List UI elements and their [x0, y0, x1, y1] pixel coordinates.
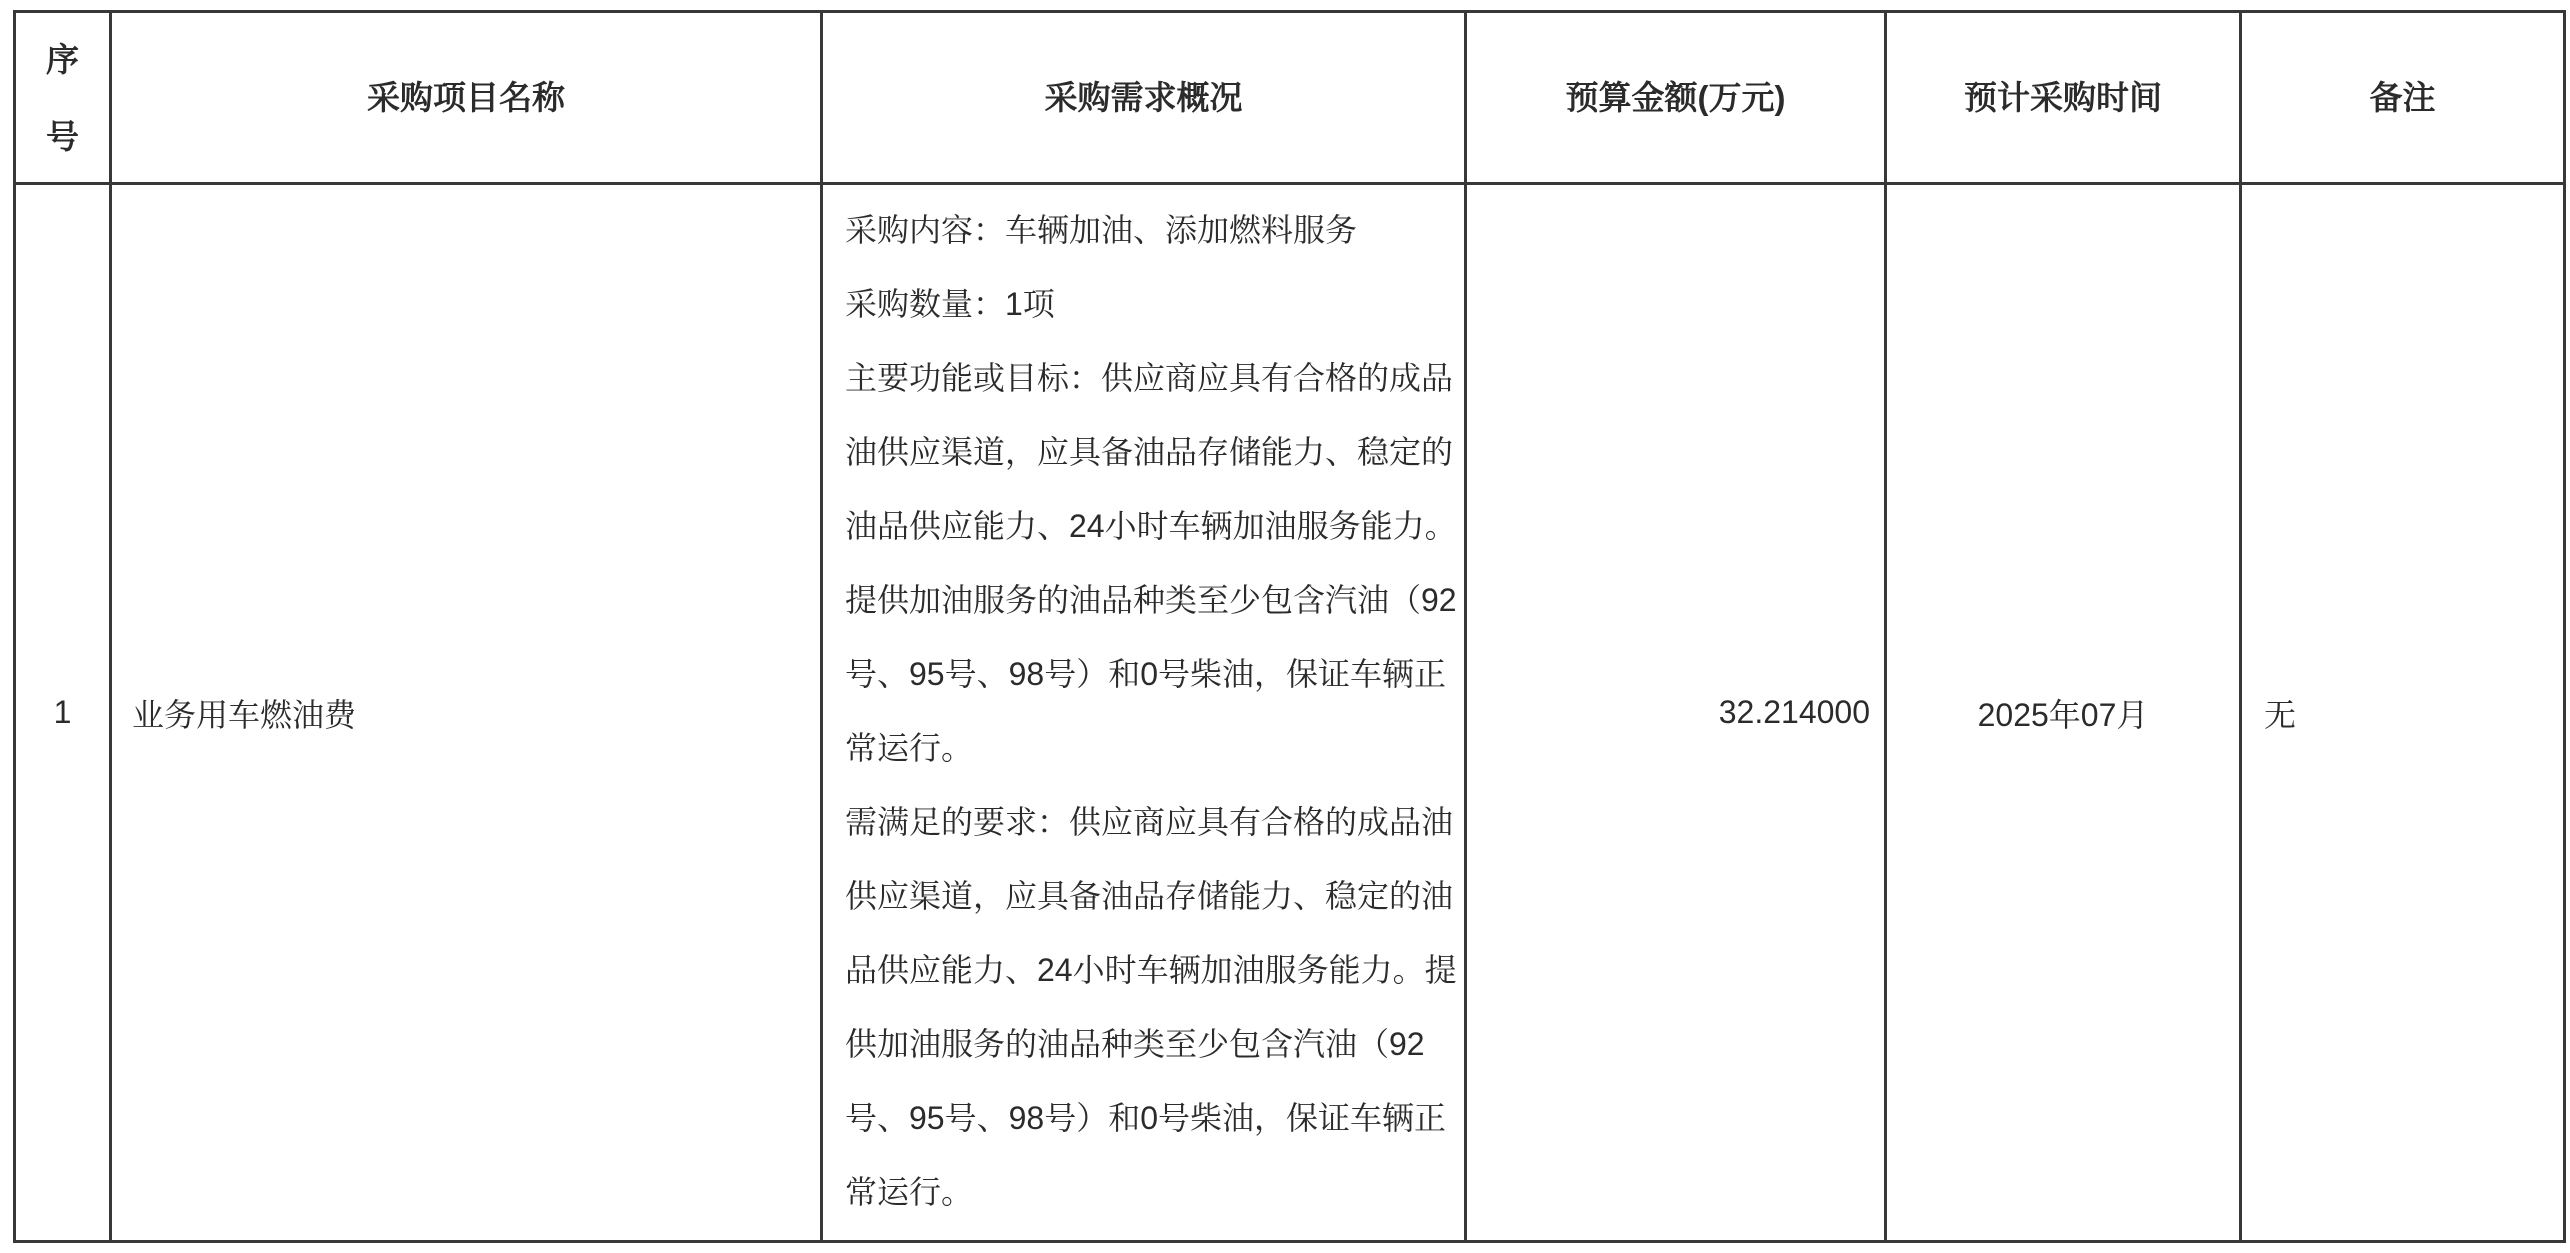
header-cell-planned-time: 预计采购时间: [1886, 12, 2241, 184]
demand-line: 采购内容：车辆加油、添加燃料服务: [845, 193, 1450, 267]
header-cell-project-name: 采购项目名称: [111, 12, 822, 184]
remark-cell: 无: [2241, 184, 2565, 1242]
demand-line: 需满足的要求：供应商应具有合格的成品油: [845, 785, 1450, 859]
demand-line: 号、95号、98号）和0号柴油，保证车辆正: [845, 1081, 1450, 1155]
project-name-cell: 业务用车燃油费: [111, 184, 822, 1242]
header-cell-demand-overview: 采购需求概况: [822, 12, 1466, 184]
demand-line: 油供应渠道，应具备油品存储能力、稳定的: [845, 415, 1450, 489]
table-row: 1 业务用车燃油费 采购内容：车辆加油、添加燃料服务 采购数量：1项 主要功能或…: [15, 184, 2565, 1242]
row-index-cell: 1: [15, 184, 111, 1242]
demand-line: 常运行。: [845, 1155, 1450, 1229]
demand-line: 提供加油服务的油品种类至少包含汽油（92: [845, 563, 1450, 637]
demand-line: 供加油服务的油品种类至少包含汽油（92: [845, 1007, 1450, 1081]
header-cell-remark: 备注: [2241, 12, 2565, 184]
demand-line: 品供应能力、24小时车辆加油服务能力。提: [845, 933, 1450, 1007]
demand-line: 常运行。: [845, 711, 1450, 785]
demand-line: 号、95号、98号）和0号柴油，保证车辆正: [845, 637, 1450, 711]
table-header-row: 序号 采购项目名称 采购需求概况 预算金额(万元) 预计采购时间 备注: [15, 12, 2565, 184]
demand-line: 采购数量：1项: [845, 267, 1450, 341]
planned-time-cell: 2025年07月: [1886, 184, 2241, 1242]
procurement-table: 序号 采购项目名称 采购需求概况 预算金额(万元) 预计采购时间 备注 1 业务…: [13, 10, 2566, 1243]
demand-line: 供应渠道，应具备油品存储能力、稳定的油: [845, 859, 1450, 933]
header-cell-budget-amount: 预算金额(万元): [1466, 12, 1886, 184]
header-cell-index: 序号: [15, 12, 111, 184]
demand-line: 主要功能或目标：供应商应具有合格的成品: [845, 341, 1450, 415]
demand-line: 油品供应能力、24小时车辆加油服务能力。: [845, 489, 1450, 563]
demand-overview-cell: 采购内容：车辆加油、添加燃料服务 采购数量：1项 主要功能或目标：供应商应具有合…: [822, 184, 1466, 1242]
budget-amount-cell: 32.214000: [1466, 184, 1886, 1242]
